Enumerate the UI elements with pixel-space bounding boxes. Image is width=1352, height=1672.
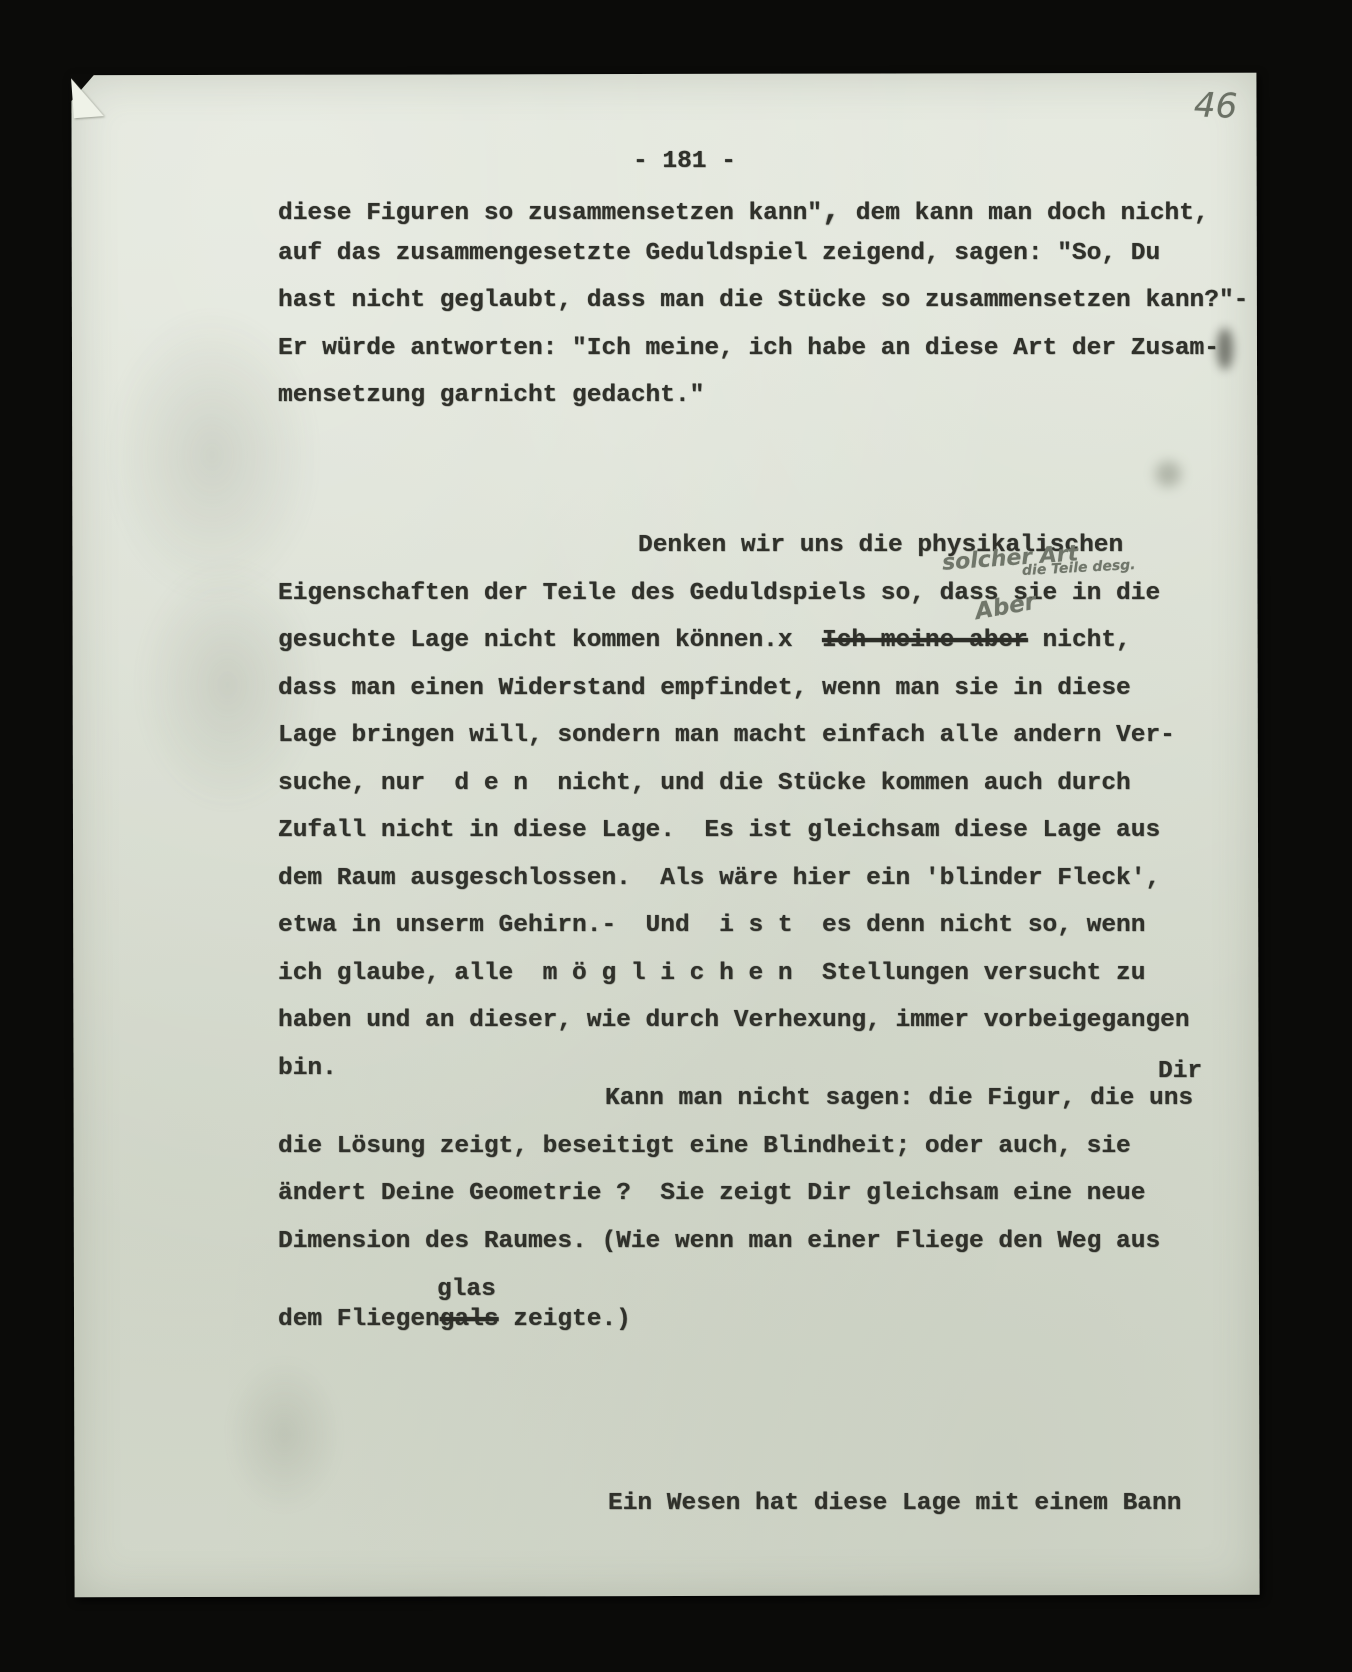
paper-fold-corner — [71, 76, 104, 118]
ink-smudge — [1155, 461, 1181, 487]
pencil-smudge — [224, 1355, 344, 1515]
photo-background: - 181 - 46 diese Figuren so zusammensetz… — [0, 0, 1352, 1672]
paper-sheet — [71, 73, 1259, 1597]
ink-smudge — [1217, 328, 1233, 370]
pencil-smudge — [132, 555, 323, 815]
